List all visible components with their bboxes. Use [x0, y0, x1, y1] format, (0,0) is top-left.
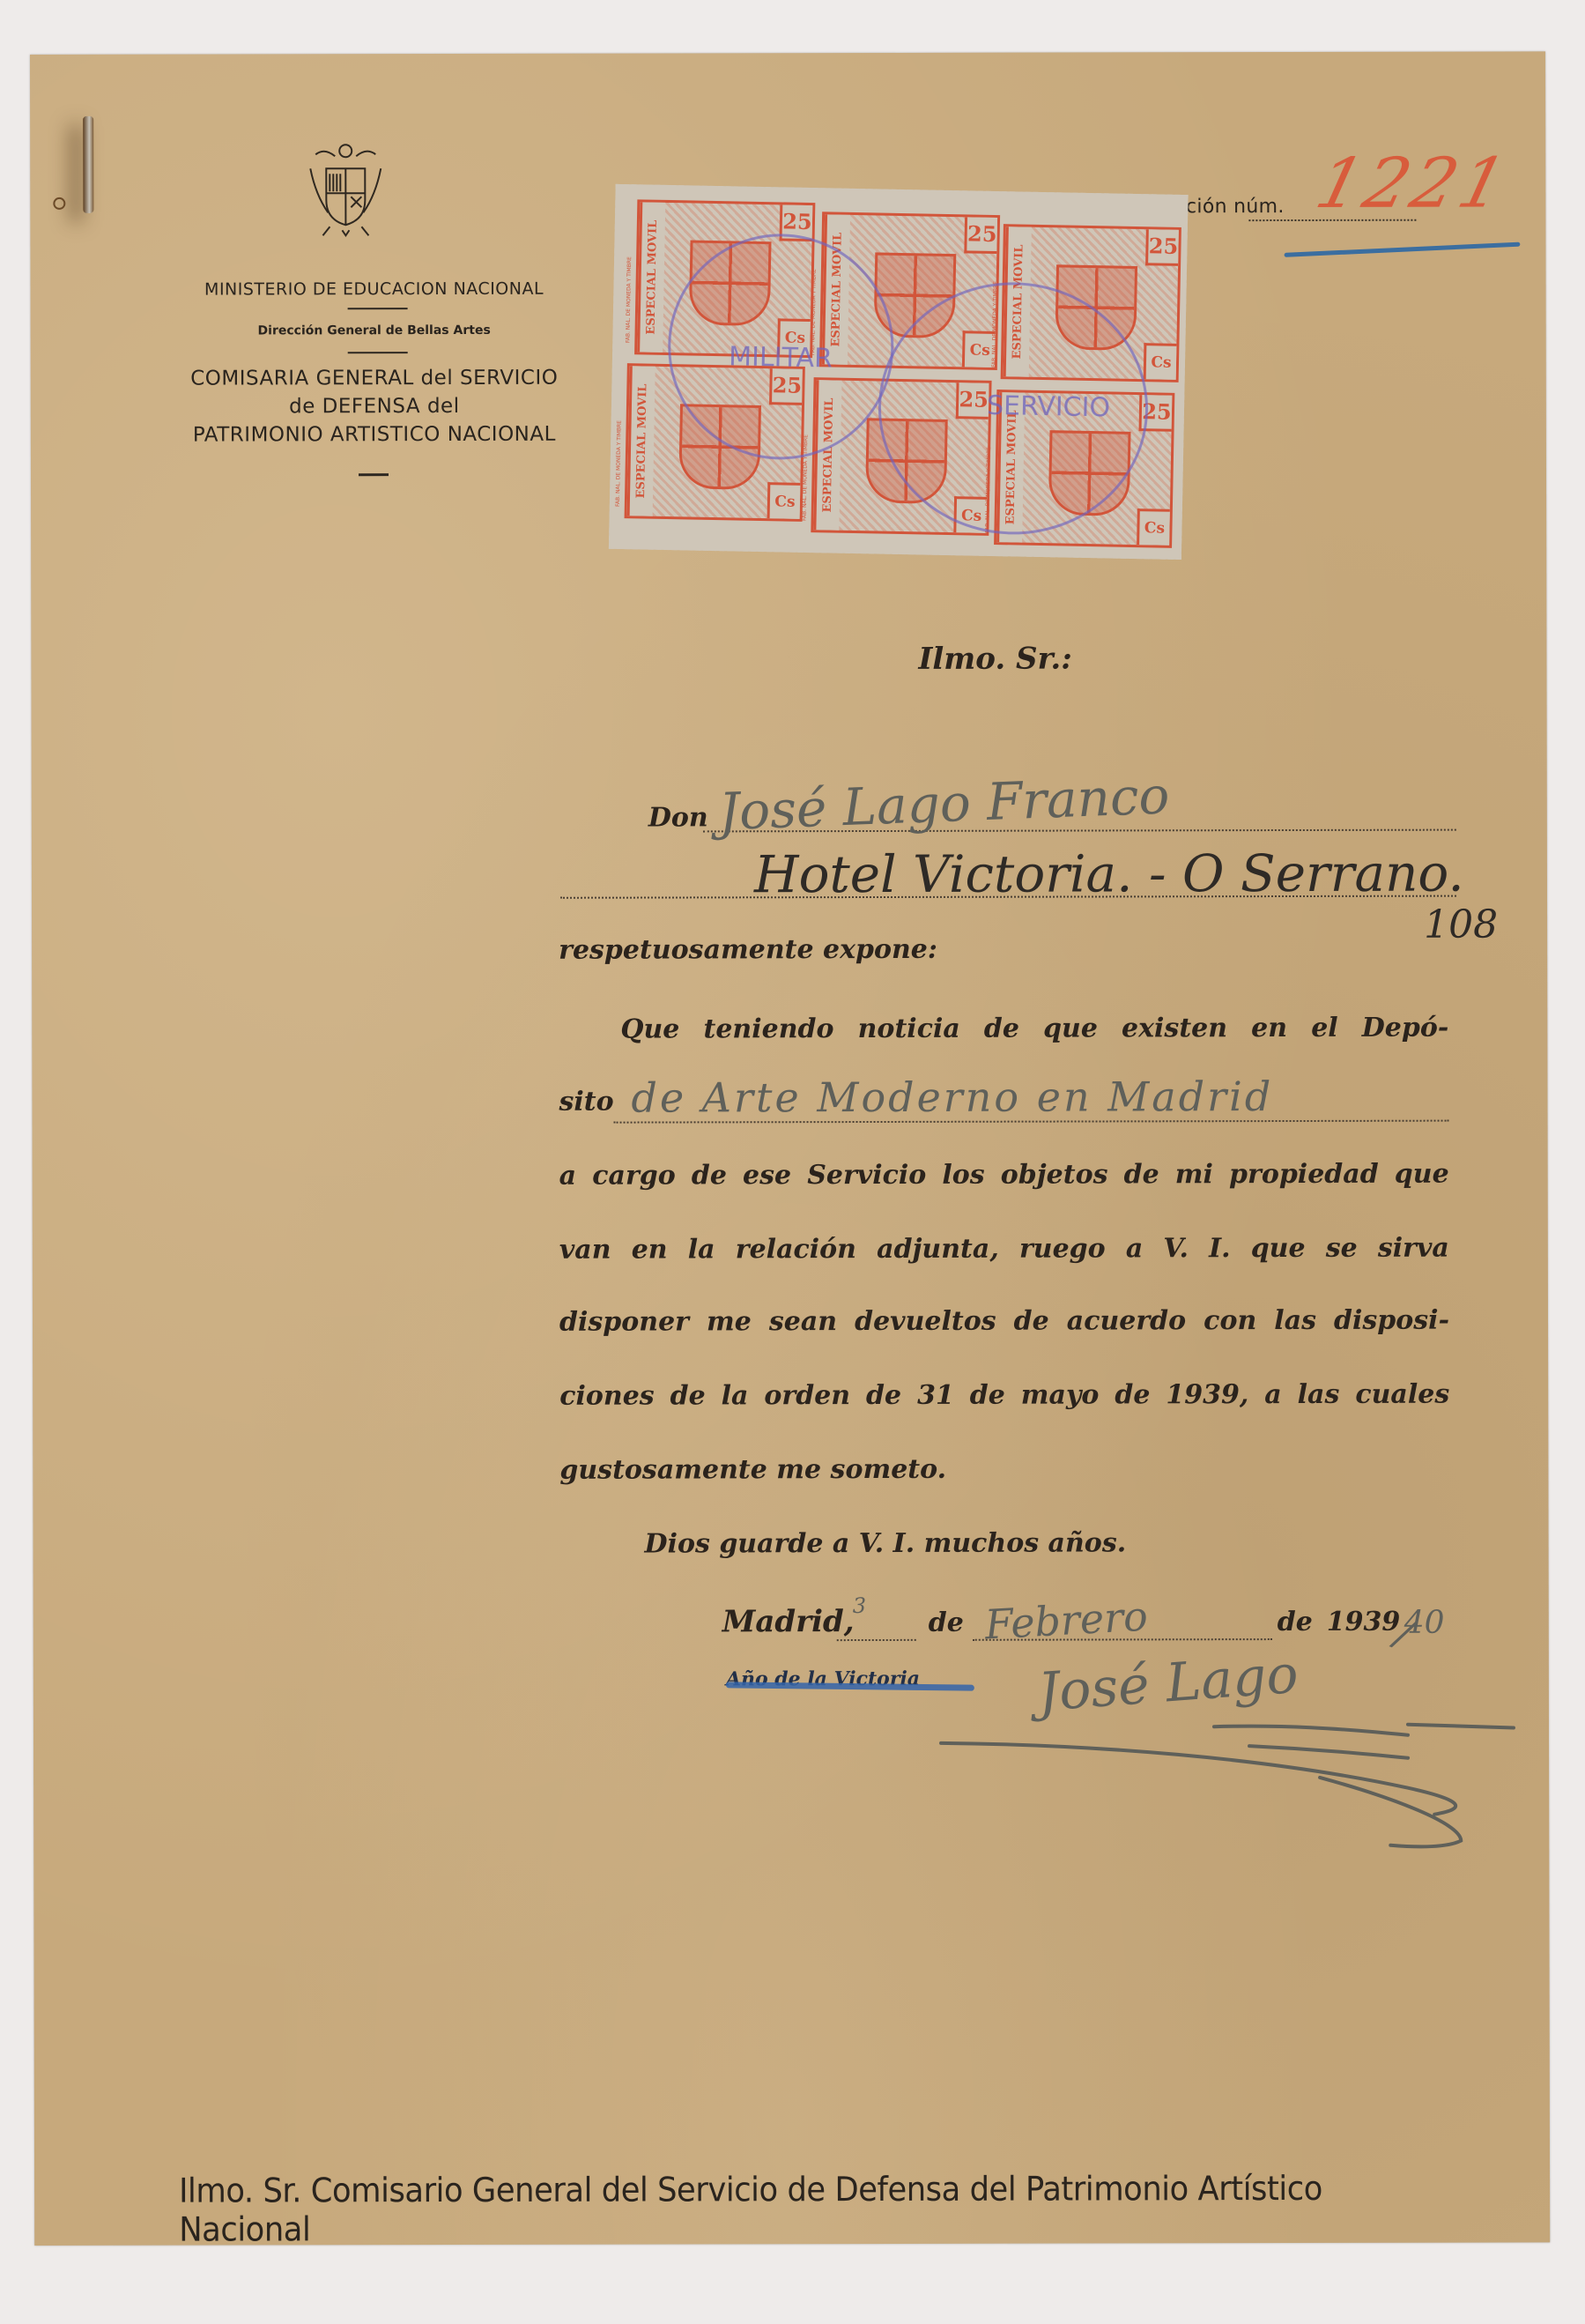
date-de-2: de: [1278, 1607, 1313, 1637]
stamp-legend: ESPECIAL MOVIL: [637, 202, 665, 353]
coat-of-arms-eagle-icon: [303, 142, 388, 237]
body-line-2-prefix: sito: [559, 1087, 613, 1117]
revenue-stamps-block: ESPECIAL MOVIL FÁB. NAL. DE MONEDA Y TIM…: [609, 184, 1189, 560]
intro-text: respetuosamente expone:: [559, 933, 1448, 966]
salutation: Ilmo. Sr.:: [918, 642, 1071, 677]
applicant-address-handwritten: Hotel Victoria. - O Serrano.: [754, 843, 1464, 905]
postmark-text: MILITAR: [670, 340, 892, 375]
postmark-text: SERVICIO: [952, 390, 1146, 424]
date-de-1: de: [929, 1607, 964, 1638]
deposit-handwritten: de Arte Moderno en Madrid: [631, 1073, 1273, 1122]
direction-name: Dirección General de Bellas Artes: [145, 323, 604, 338]
date-day-handwritten: 3: [853, 1593, 866, 1618]
stamp-unit: Cs: [1144, 343, 1177, 380]
body-line-4: van en la relación adjunta, ruego a V. I…: [559, 1233, 1449, 1266]
applicant-prefix: Don: [648, 802, 708, 833]
letterhead-divider: [359, 473, 389, 476]
date-city: Madrid,: [722, 1604, 855, 1639]
stamp-micro-text: FÁB. NAL. DE MONEDA Y TIMBRE: [615, 375, 626, 507]
body-line-5: disponer me sean devueltos de acuerdo co…: [559, 1305, 1449, 1338]
date-day-line: [837, 1639, 916, 1641]
body-line-1: Que teniendo noticia de que existen en e…: [620, 1013, 1448, 1045]
footer-addressee: Ilmo. Sr. Comisario General del Servicio…: [179, 2169, 1454, 2249]
ministry-name: MINISTERIO DE EDUCACION NACIONAL: [145, 279, 604, 300]
document-page: MINISTERIO DE EDUCACION NACIONAL Direcci…: [30, 51, 1550, 2246]
body-line-3: a cargo de ese Servicio los objetos de m…: [559, 1159, 1449, 1192]
commission-line-1: COMISARIA GENERAL del SERVICIO: [145, 364, 604, 393]
blue-pencil-underline: [1284, 242, 1520, 257]
staple-hole: [53, 197, 65, 210]
closing-formula: Dios guarde a V. I. muchos años.: [645, 1527, 1127, 1559]
letterhead-divider: [348, 352, 408, 353]
body-line-7: gustosamente me someto.: [559, 1453, 1449, 1486]
letterhead-divider: [348, 308, 408, 309]
signature-flourish: [915, 1673, 1531, 1850]
date-year-printed: 1939: [1327, 1607, 1401, 1637]
commission-line-2: de DEFENSA del: [145, 392, 604, 421]
stamp-unit: Cs: [1137, 509, 1170, 546]
commission-name: COMISARIA GENERAL del SERVICIO de DEFENS…: [145, 364, 604, 449]
date-month-handwritten: Febrero: [983, 1593, 1149, 1649]
stamp-legend: ESPECIAL MOVIL: [627, 366, 655, 516]
staple-mark: [83, 116, 93, 213]
commission-line-3: PATRIMONIO ARTISTICO NACIONAL: [145, 420, 604, 449]
stamp-micro-text: FÁB. NAL. DE MONEDA Y TIMBRE: [625, 211, 636, 343]
body-line-6: ciones de la orden de 31 de mayo de 1939…: [559, 1379, 1449, 1412]
file-number-handwritten: 1221: [1308, 144, 1517, 223]
stamp-unit: Cs: [767, 482, 801, 519]
stamp-value: 25: [1145, 229, 1179, 266]
